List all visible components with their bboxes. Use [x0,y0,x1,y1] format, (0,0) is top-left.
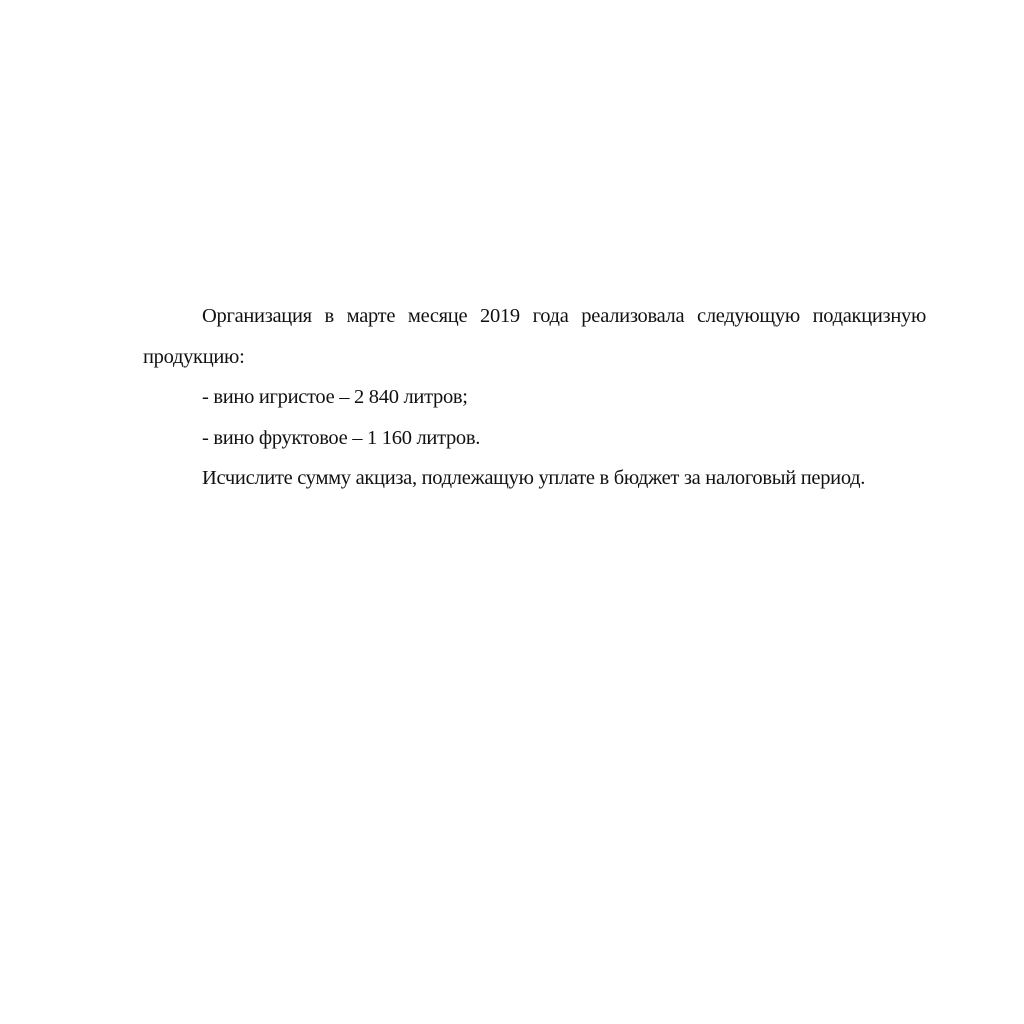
list-item-fruit-wine: - вино фруктовое – 1 160 литров. [143,418,926,459]
task-paragraph: Исчислите сумму акциза, подлежащую уплат… [143,458,926,499]
intro-paragraph: Организация в марте месяце 2019 года реа… [143,296,926,377]
list-item-sparkling-wine: - вино игристое – 2 840 литров; [143,377,926,418]
document-page: Организация в марте месяце 2019 года реа… [143,296,926,499]
